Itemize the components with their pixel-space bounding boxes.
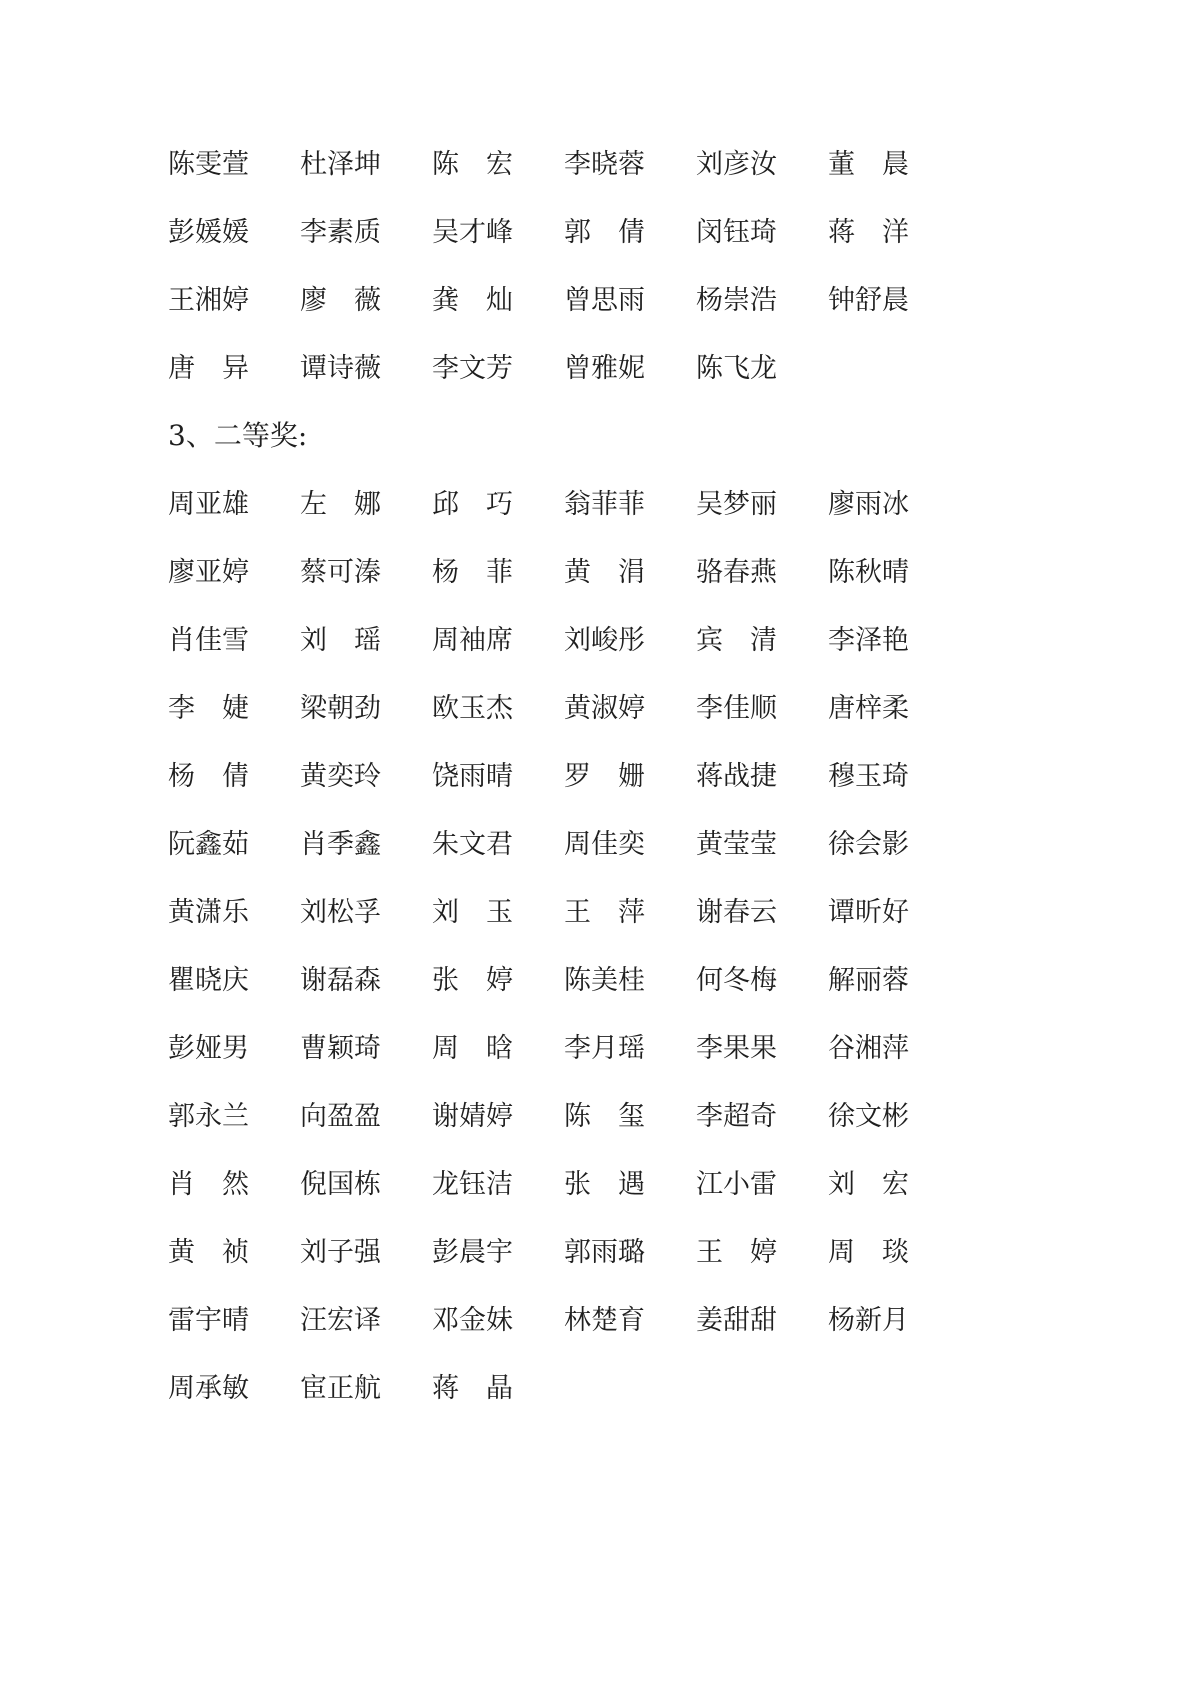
name-cell: 周佳奕 — [564, 831, 645, 858]
name-row: 廖亚婷蔡可溱杨 菲黄 涓骆春燕陈秋晴 — [168, 538, 1091, 606]
name-cell: 张 婷 — [432, 967, 513, 994]
name-cell: 李晓蓉 — [564, 151, 645, 178]
name-cell: 郭永兰 — [168, 1103, 249, 1130]
name-cell: 邓金妹 — [432, 1307, 513, 1334]
name-cell: 王 萍 — [564, 899, 645, 926]
name-row: 李 婕梁朝劲欧玉杰黄淑婷李佳顺唐梓柔 — [168, 674, 1091, 742]
second-prize-name-grid: 周亚雄左 娜邱 巧翁菲菲吴梦丽廖雨冰廖亚婷蔡可溱杨 菲黄 涓骆春燕陈秋晴肖佳雪刘… — [168, 470, 1091, 1422]
name-row: 肖佳雪刘 瑶周袖席刘峻彤宾 清李泽艳 — [168, 606, 1091, 674]
name-cell: 李泽艳 — [828, 627, 909, 654]
name-cell: 唐梓柔 — [828, 695, 909, 722]
name-cell: 陈美桂 — [564, 967, 645, 994]
name-cell: 曾思雨 — [564, 287, 645, 314]
name-cell: 黄 祯 — [168, 1239, 249, 1266]
name-row: 黄 祯刘子强彭晨宇郭雨璐王 婷周 琰 — [168, 1218, 1091, 1286]
name-row: 陈雯萱杜泽坤陈 宏李晓蓉刘彦汝董 晨 — [168, 130, 1091, 198]
name-cell: 谢春云 — [696, 899, 777, 926]
name-cell: 蒋战捷 — [696, 763, 777, 790]
name-cell: 王湘婷 — [168, 287, 249, 314]
name-cell: 黄潇乐 — [168, 899, 249, 926]
name-row: 周亚雄左 娜邱 巧翁菲菲吴梦丽廖雨冰 — [168, 470, 1091, 538]
name-cell: 刘峻彤 — [564, 627, 645, 654]
name-cell: 曹颖琦 — [300, 1035, 381, 1062]
name-row: 雷宇晴汪宏译邓金妹林楚育姜甜甜杨新月 — [168, 1286, 1091, 1354]
name-cell: 李文芳 — [432, 355, 513, 382]
name-cell: 刘 宏 — [828, 1171, 909, 1198]
name-cell: 周 晗 — [432, 1035, 513, 1062]
name-cell: 罗 姗 — [564, 763, 645, 790]
name-cell: 刘松孚 — [300, 899, 381, 926]
name-cell: 黄淑婷 — [564, 695, 645, 722]
name-cell: 雷宇晴 — [168, 1307, 249, 1334]
name-cell: 陈秋晴 — [828, 559, 909, 586]
name-cell: 宦正航 — [300, 1375, 381, 1402]
name-row: 王湘婷廖 薇龚 灿曾思雨杨崇浩钟舒晨 — [168, 266, 1091, 334]
name-row: 黄潇乐刘松孚刘 玉王 萍谢春云谭昕好 — [168, 878, 1091, 946]
name-row: 瞿晓庆谢磊森张 婷陈美桂何冬梅解丽蓉 — [168, 946, 1091, 1014]
name-cell: 蒋 晶 — [432, 1375, 513, 1402]
name-cell: 翁菲菲 — [564, 491, 645, 518]
name-cell: 王 婷 — [696, 1239, 777, 1266]
name-cell: 解丽蓉 — [828, 967, 909, 994]
name-cell: 吴才峰 — [432, 219, 513, 246]
name-row: 周承敏宦正航蒋 晶 — [168, 1354, 1091, 1422]
name-row: 彭娅男曹颖琦周 晗李月瑶李果果谷湘萍 — [168, 1014, 1091, 1082]
name-cell: 向盈盈 — [300, 1103, 381, 1130]
name-cell: 骆春燕 — [696, 559, 777, 586]
second-prize-heading: 3、二等奖: — [168, 422, 307, 450]
name-cell: 瞿晓庆 — [168, 967, 249, 994]
name-cell: 李 婕 — [168, 695, 249, 722]
name-row: 杨 倩黄奕玲饶雨晴罗 姗蒋战捷穆玉琦 — [168, 742, 1091, 810]
name-cell: 陈雯萱 — [168, 151, 249, 178]
name-cell: 杨 菲 — [432, 559, 513, 586]
name-cell: 龚 灿 — [432, 287, 513, 314]
name-cell: 陈 宏 — [432, 151, 513, 178]
name-cell: 蔡可溱 — [300, 559, 381, 586]
first-prize-name-grid: 陈雯萱杜泽坤陈 宏李晓蓉刘彦汝董 晨彭媛媛李素质吴才峰郭 倩闵钰琦蒋 洋王湘婷廖… — [168, 130, 1091, 402]
name-row: 阮鑫茹肖季鑫朱文君周佳奕黄莹莹徐会影 — [168, 810, 1091, 878]
name-cell: 唐 异 — [168, 355, 249, 382]
name-row: 郭永兰向盈盈谢婧婷陈 玺李超奇徐文彬 — [168, 1082, 1091, 1150]
name-cell: 李果果 — [696, 1035, 777, 1062]
name-cell: 彭娅男 — [168, 1035, 249, 1062]
name-cell: 江小雷 — [696, 1171, 777, 1198]
name-cell: 李佳顺 — [696, 695, 777, 722]
name-cell: 周 琰 — [828, 1239, 909, 1266]
name-row: 肖 然倪国栋龙钰洁张 遇江小雷刘 宏 — [168, 1150, 1091, 1218]
name-cell: 彭晨宇 — [432, 1239, 513, 1266]
name-cell: 吴梦丽 — [696, 491, 777, 518]
name-cell: 周承敏 — [168, 1375, 249, 1402]
name-cell: 郭 倩 — [564, 219, 645, 246]
name-cell: 杨崇浩 — [696, 287, 777, 314]
name-cell: 邱 巧 — [432, 491, 513, 518]
name-cell: 彭媛媛 — [168, 219, 249, 246]
name-cell: 姜甜甜 — [696, 1307, 777, 1334]
name-cell: 杨 倩 — [168, 763, 249, 790]
name-cell: 穆玉琦 — [828, 763, 909, 790]
name-cell: 李超奇 — [696, 1103, 777, 1130]
name-cell: 欧玉杰 — [432, 695, 513, 722]
name-cell: 钟舒晨 — [828, 287, 909, 314]
name-cell: 杜泽坤 — [300, 151, 381, 178]
name-cell: 刘子强 — [300, 1239, 381, 1266]
name-cell: 李素质 — [300, 219, 381, 246]
name-cell: 汪宏译 — [300, 1307, 381, 1334]
name-cell: 闵钰琦 — [696, 219, 777, 246]
name-cell: 谷湘萍 — [828, 1035, 909, 1062]
name-cell: 刘彦汝 — [696, 151, 777, 178]
name-cell: 廖亚婷 — [168, 559, 249, 586]
name-cell: 谭昕好 — [828, 899, 909, 926]
name-cell: 肖 然 — [168, 1171, 249, 1198]
name-cell: 黄奕玲 — [300, 763, 381, 790]
name-cell: 刘 瑶 — [300, 627, 381, 654]
name-cell: 谢磊森 — [300, 967, 381, 994]
name-cell: 倪国栋 — [300, 1171, 381, 1198]
name-cell: 周亚雄 — [168, 491, 249, 518]
name-cell: 黄莹莹 — [696, 831, 777, 858]
name-cell: 林楚育 — [564, 1307, 645, 1334]
name-cell: 阮鑫茹 — [168, 831, 249, 858]
name-cell: 朱文君 — [432, 831, 513, 858]
name-row: 唐 异谭诗薇李文芳曾雅妮陈飞龙 — [168, 334, 1091, 402]
name-cell: 黄 涓 — [564, 559, 645, 586]
name-cell: 周袖席 — [432, 627, 513, 654]
name-cell: 饶雨晴 — [432, 763, 513, 790]
name-cell: 谭诗薇 — [300, 355, 381, 382]
name-cell: 谢婧婷 — [432, 1103, 513, 1130]
name-cell: 张 遇 — [564, 1171, 645, 1198]
name-cell: 陈 玺 — [564, 1103, 645, 1130]
name-cell: 杨新月 — [828, 1307, 909, 1334]
name-cell: 左 娜 — [300, 491, 381, 518]
name-cell: 龙钰洁 — [432, 1171, 513, 1198]
name-cell: 徐会影 — [828, 831, 909, 858]
name-cell: 廖雨冰 — [828, 491, 909, 518]
name-cell: 廖 薇 — [300, 287, 381, 314]
name-cell: 蒋 洋 — [828, 219, 909, 246]
name-cell: 肖季鑫 — [300, 831, 381, 858]
name-cell: 刘 玉 — [432, 899, 513, 926]
name-cell: 陈飞龙 — [696, 355, 777, 382]
document-page: 陈雯萱杜泽坤陈 宏李晓蓉刘彦汝董 晨彭媛媛李素质吴才峰郭 倩闵钰琦蒋 洋王湘婷廖… — [0, 0, 1191, 1684]
name-cell: 徐文彬 — [828, 1103, 909, 1130]
name-cell: 肖佳雪 — [168, 627, 249, 654]
name-cell: 李月瑶 — [564, 1035, 645, 1062]
section-heading-row: 3、二等奖: — [168, 402, 1091, 470]
name-cell: 何冬梅 — [696, 967, 777, 994]
name-cell: 曾雅妮 — [564, 355, 645, 382]
name-row: 彭媛媛李素质吴才峰郭 倩闵钰琦蒋 洋 — [168, 198, 1091, 266]
name-cell: 董 晨 — [828, 151, 909, 178]
name-cell: 宾 清 — [696, 627, 777, 654]
name-cell: 郭雨璐 — [564, 1239, 645, 1266]
name-cell: 梁朝劲 — [300, 695, 381, 722]
